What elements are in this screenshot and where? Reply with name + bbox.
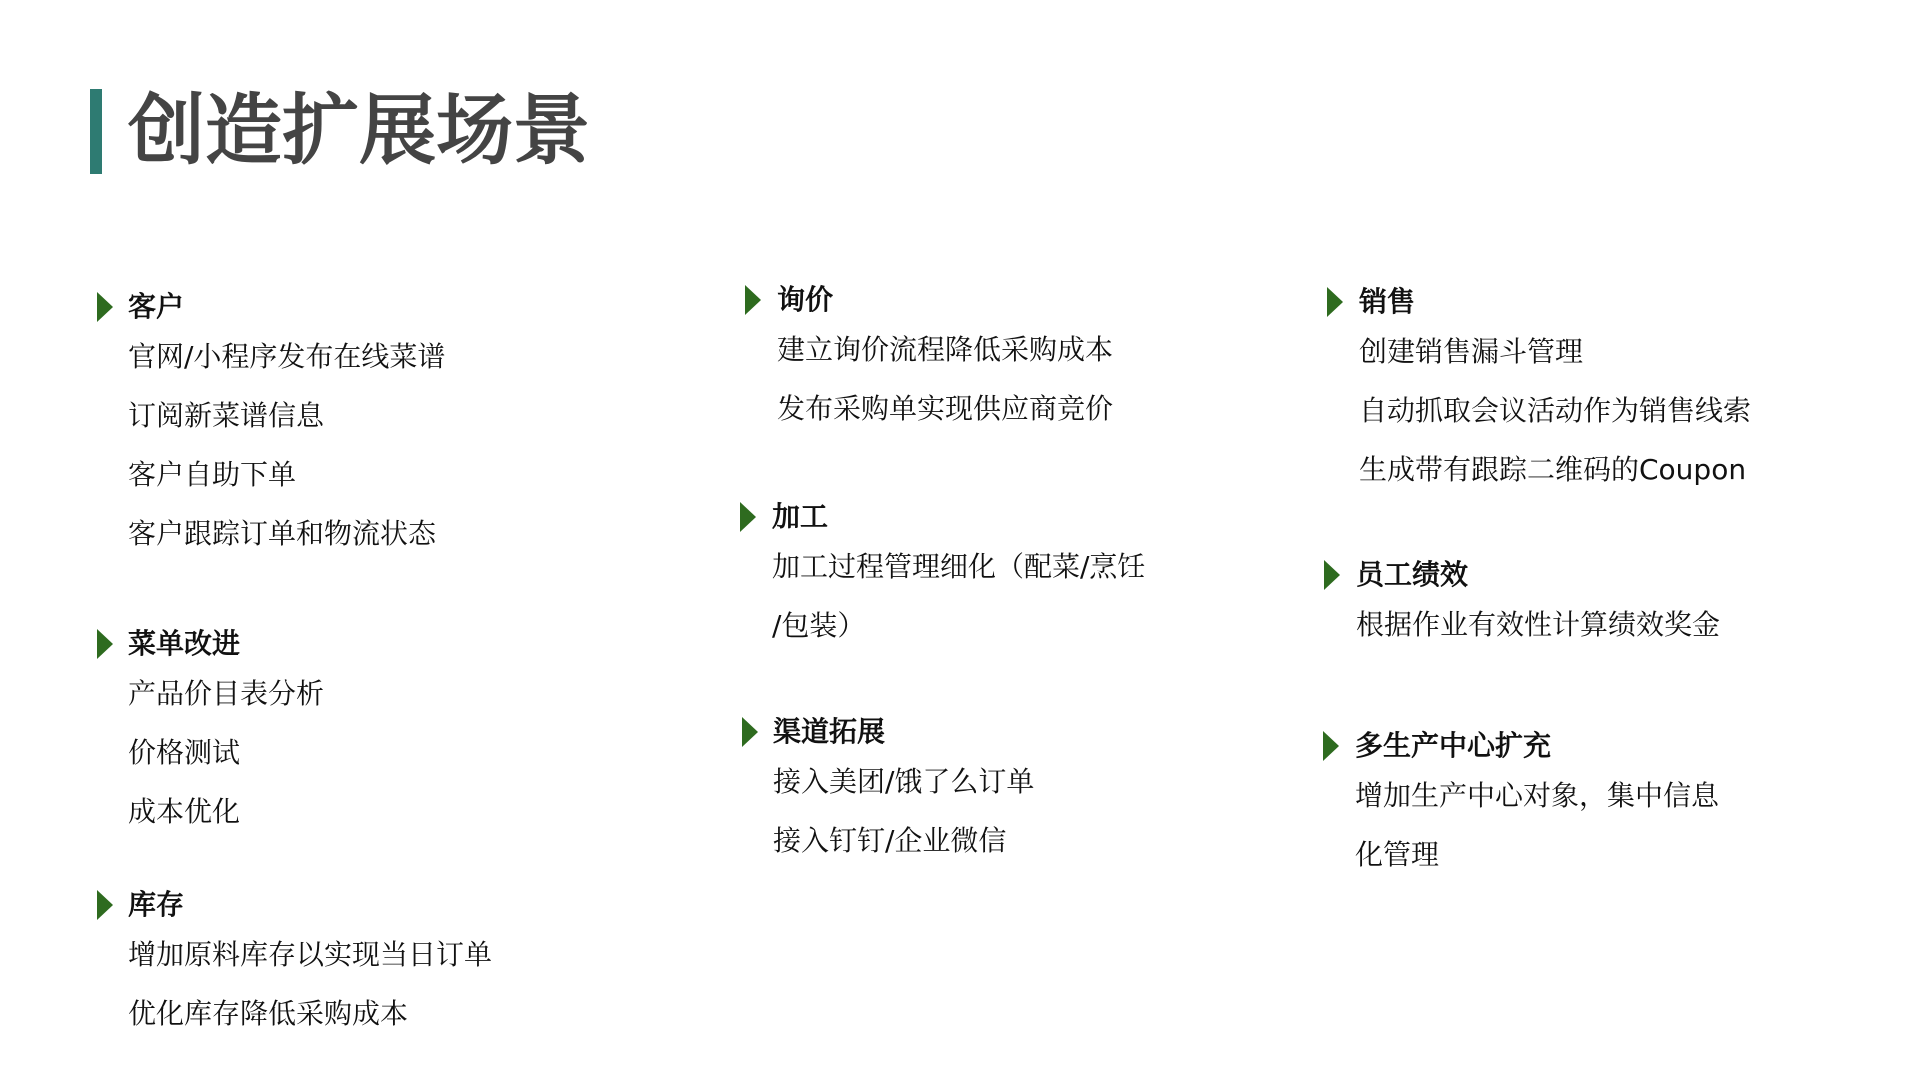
- list-item: 生成带有跟踪二维码的Coupon: [1359, 440, 1751, 499]
- list-item: 加工过程管理细化（配菜/烹饪: [772, 537, 1145, 596]
- list-item: 接入钉钉/企业微信: [773, 811, 1034, 870]
- list-item: 建立询价流程降低采购成本: [777, 320, 1113, 379]
- list-item: 订阅新菜谱信息: [128, 386, 445, 445]
- triangle-bullet-icon: [97, 890, 113, 920]
- section-heading-label: 渠道拓展: [773, 712, 885, 752]
- section-item-list: 增加生产中心对象，集中信息 化管理: [1355, 766, 1719, 884]
- section-item-list: 根据作业有效性计算绩效奖金: [1356, 595, 1720, 654]
- list-item: /包装）: [772, 596, 1145, 655]
- list-item: 优化库存降低采购成本: [128, 984, 492, 1043]
- section-heading-label: 加工: [772, 497, 828, 537]
- section-heading-label: 库存: [128, 885, 184, 925]
- section-heading-label: 多生产中心扩充: [1355, 726, 1551, 766]
- section-heading-label: 客户: [128, 287, 184, 327]
- triangle-bullet-icon: [1324, 560, 1340, 590]
- section-heading-label: 询价: [777, 280, 833, 320]
- list-item: 增加原料库存以实现当日订单: [128, 925, 492, 984]
- page-title: 创造扩展场景: [128, 84, 590, 180]
- section-item-list: 产品价目表分析 价格测试 成本优化: [128, 664, 324, 841]
- list-item: 自动抓取会议活动作为销售线索: [1359, 381, 1751, 440]
- section-heading-label: 销售: [1359, 282, 1415, 322]
- list-item: 根据作业有效性计算绩效奖金: [1356, 595, 1720, 654]
- triangle-bullet-icon: [742, 717, 758, 747]
- list-item: 产品价目表分析: [128, 664, 324, 723]
- section-item-list: 加工过程管理细化（配菜/烹饪 /包装）: [772, 537, 1145, 655]
- section-item-list: 创建销售漏斗管理 自动抓取会议活动作为销售线索 生成带有跟踪二维码的Coupon: [1359, 322, 1751, 499]
- list-item: 官网/小程序发布在线菜谱: [128, 327, 445, 386]
- triangle-bullet-icon: [1323, 731, 1339, 761]
- list-item: 发布采购单实现供应商竞价: [777, 379, 1113, 438]
- list-item: 价格测试: [128, 723, 324, 782]
- triangle-bullet-icon: [97, 292, 113, 322]
- list-item: 客户跟踪订单和物流状态: [128, 504, 445, 563]
- section-item-list: 接入美团/饿了么订单 接入钉钉/企业微信: [773, 752, 1034, 870]
- list-item: 客户自助下单: [128, 445, 445, 504]
- title-accent-bar: [90, 89, 102, 174]
- list-item: 创建销售漏斗管理: [1359, 322, 1751, 381]
- triangle-bullet-icon: [1327, 287, 1343, 317]
- triangle-bullet-icon: [745, 285, 761, 315]
- section-item-list: 官网/小程序发布在线菜谱 订阅新菜谱信息 客户自助下单 客户跟踪订单和物流状态: [128, 327, 445, 563]
- list-item: 接入美团/饿了么订单: [773, 752, 1034, 811]
- section-heading-label: 菜单改进: [128, 624, 240, 664]
- triangle-bullet-icon: [97, 629, 113, 659]
- list-item: 增加生产中心对象，集中信息: [1355, 766, 1719, 825]
- list-item: 成本优化: [128, 782, 324, 841]
- section-heading-label: 员工绩效: [1356, 555, 1468, 595]
- list-item: 化管理: [1355, 825, 1719, 884]
- section-item-list: 增加原料库存以实现当日订单 优化库存降低采购成本: [128, 925, 492, 1043]
- triangle-bullet-icon: [740, 502, 756, 532]
- section-item-list: 建立询价流程降低采购成本 发布采购单实现供应商竞价: [777, 320, 1113, 438]
